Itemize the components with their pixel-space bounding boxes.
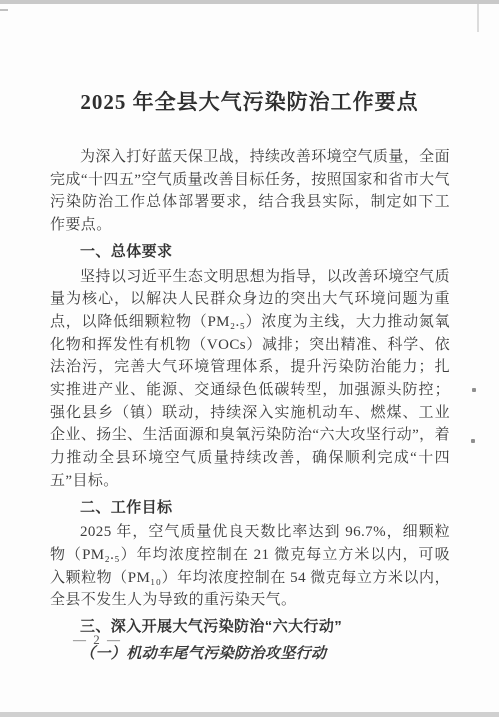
section-1-heading: 一、总体要求 — [50, 241, 450, 264]
scan-speck — [471, 439, 475, 443]
document-title: 2025 年全县大气污染防治工作要点 — [0, 86, 499, 116]
scan-speck — [472, 388, 476, 392]
scan-edge-bottom-bar — [0, 712, 499, 717]
section-1-body: 坚持以习近平生态文明思想为指导，以改善环境空气质量为核心，以解决人民群众身边的突… — [50, 266, 450, 493]
section-2-body: 2025 年，空气质量优良天数比率达到 96.7%，细颗粒物（PM₂.₅）年均浓… — [50, 521, 450, 612]
document-body: 为深入打好蓝天保卫战，持续改善环境空气质量，全面完成“十四五”空气质量改善目标任… — [50, 146, 450, 665]
scanned-document-page: 2025 年全县大气污染防治工作要点 为深入打好蓝天保卫战，持续改善环境空气质量… — [0, 0, 499, 717]
scan-edge-top-bar — [0, 0, 499, 4]
scan-edge-right-line — [477, 4, 479, 32]
section-2-heading: 二、工作目标 — [50, 497, 450, 520]
page-number: — 2 — — [73, 632, 122, 648]
intro-paragraph: 为深入打好蓝天保卫战，持续改善环境空气质量，全面完成“十四五”空气质量改善目标任… — [50, 146, 450, 237]
scan-edge-left-dash — [0, 9, 8, 11]
